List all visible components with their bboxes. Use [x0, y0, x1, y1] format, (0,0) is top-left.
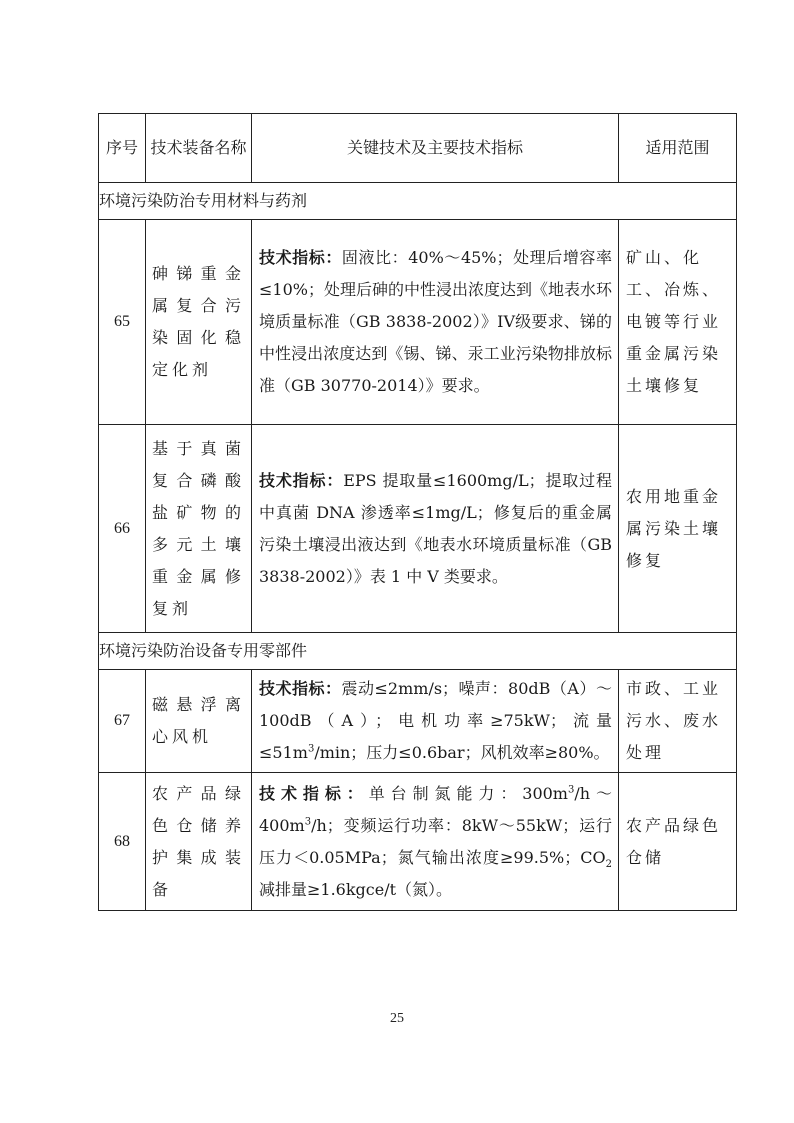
row-index: 66 [99, 425, 146, 633]
spec-label: 技术指标： [259, 784, 369, 803]
row-index: 67 [99, 670, 146, 773]
row-equipment-name: 基于真菌复合磷酸盐矿物的多元土壤重金属修复剂 [146, 425, 252, 633]
table-header-row: 序号 技术装备名称 关键技术及主要技术指标 适用范围 [99, 114, 737, 183]
row-spec: 技术指标：EPS 提取量≤1600mg/L；提取过程中真菌 DNA 渗透率≤1m… [252, 425, 619, 633]
section-title: 环境污染防治专用材料与药剂 [99, 183, 737, 220]
spec-text: 固液比：40%～45%；处理后增容率≤10%；处理后砷的中性浸出浓度达到《地表水… [259, 248, 612, 395]
spec-label: 技术指标： [259, 679, 342, 698]
header-spec: 关键技术及主要技术指标 [252, 114, 619, 183]
table-row: 68 农产品绿色仓储养护集成装备 技术指标：单台制氮能力：300m3/h～400… [99, 773, 737, 911]
subscript: 2 [606, 859, 612, 870]
row-scope: 矿山、化工、冶炼、电镀等行业重金属污染土壤修复 [619, 220, 737, 425]
spec-text-part: 单台制氮能力：300m [369, 784, 568, 803]
row-equipment-name: 砷锑重金属复合污染固化稳定化剂 [146, 220, 252, 425]
spec-label: 技术指标： [259, 248, 342, 267]
row-index: 68 [99, 773, 146, 911]
row-equipment-name: 磁悬浮离心风机 [146, 670, 252, 773]
page-number: 25 [0, 1011, 794, 1027]
header-index: 序号 [99, 114, 146, 183]
row-scope: 农用地重金属污染土壤修复 [619, 425, 737, 633]
row-scope: 农产品绿色仓储 [619, 773, 737, 911]
spec-label: 技术指标： [259, 471, 343, 490]
header-scope: 适用范围 [619, 114, 737, 183]
row-spec: 技术指标：单台制氮能力：300m3/h～400m3/h；变频运行功率：8kW～5… [252, 773, 619, 911]
spec-text-part: 减排量≥1.6kgce/t（氮）。 [259, 880, 452, 899]
row-equipment-name: 农产品绿色仓储养护集成装备 [146, 773, 252, 911]
row-index: 65 [99, 220, 146, 425]
row-spec: 技术指标：震动≤2mm/s；噪声：80dB（A）～100dB（A）；电机功率≥7… [252, 670, 619, 773]
header-name: 技术装备名称 [146, 114, 252, 183]
table-row: 65 砷锑重金属复合污染固化稳定化剂 技术指标：固液比：40%～45%；处理后增… [99, 220, 737, 425]
row-spec: 技术指标：固液比：40%～45%；处理后增容率≤10%；处理后砷的中性浸出浓度达… [252, 220, 619, 425]
table-row: 67 磁悬浮离心风机 技术指标：震动≤2mm/s；噪声：80dB（A）～100d… [99, 670, 737, 773]
row-scope: 市政、工业污水、废水处理 [619, 670, 737, 773]
equipment-spec-table: 序号 技术装备名称 关键技术及主要技术指标 适用范围 环境污染防治专用材料与药剂… [98, 113, 737, 911]
table-row: 66 基于真菌复合磷酸盐矿物的多元土壤重金属修复剂 技术指标：EPS 提取量≤1… [99, 425, 737, 633]
section-title: 环境污染防治设备专用零部件 [99, 633, 737, 670]
section-row: 环境污染防治设备专用零部件 [99, 633, 737, 670]
section-row: 环境污染防治专用材料与药剂 [99, 183, 737, 220]
spec-text-part: /h；变频运行功率：8kW～55kW；运行压力＜0.05MPa；氮气输出浓度≥9… [259, 816, 612, 867]
spec-text-part: /min；压力≤0.6bar；风机效率≥80%。 [314, 743, 609, 762]
